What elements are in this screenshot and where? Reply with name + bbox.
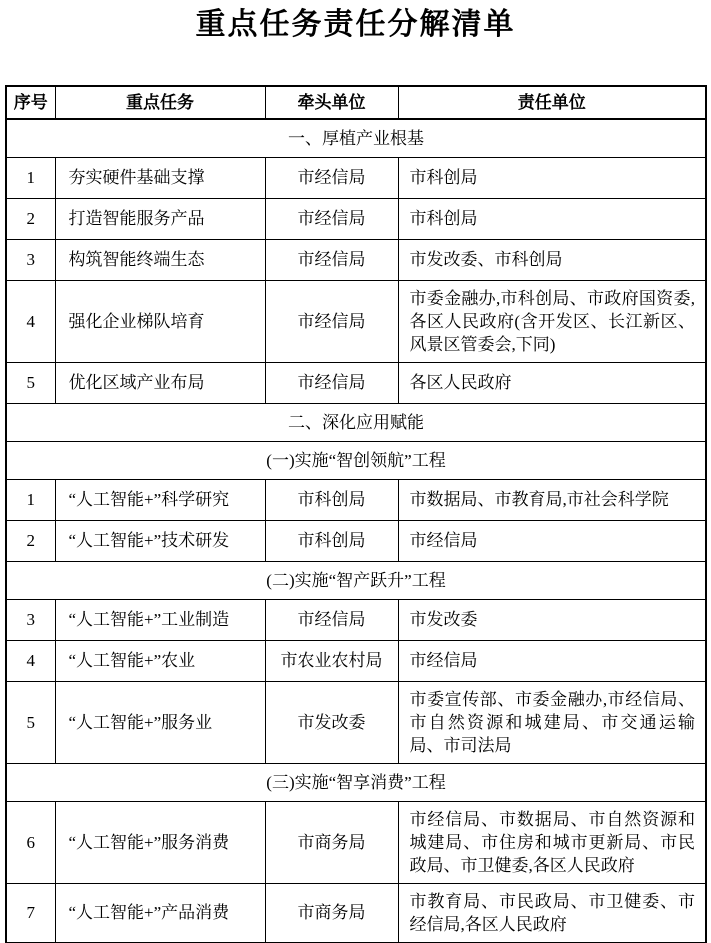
- section-label: (一)实施“智创领航”工程: [6, 441, 706, 479]
- cell-key-task: “人工智能+”技术研发: [55, 520, 265, 561]
- page-title: 重点任务责任分解清单: [0, 0, 711, 44]
- cell-responsible-units: 市经信局: [398, 520, 706, 561]
- cell-lead-unit: 市发改委: [265, 681, 398, 763]
- cell-lead-unit: 市经信局: [265, 280, 398, 362]
- cell-responsible-units: 市经信局、市数据局、市自然资源和城建局、市住房和城市更新局、市民政局、市卫健委,…: [398, 801, 706, 883]
- cell-number: 4: [6, 280, 55, 362]
- document-page: 重点任务责任分解清单 序号 重点任务 牵头单位 责任单位 一、厚植产业根基 1 …: [0, 0, 711, 943]
- cell-lead-unit: 市商务局: [265, 883, 398, 943]
- cell-key-task: 优化区域产业布局: [55, 362, 265, 403]
- cell-lead-unit: 市经信局: [265, 157, 398, 198]
- section-label: (二)实施“智产跃升”工程: [6, 561, 706, 599]
- cell-number: 5: [6, 362, 55, 403]
- table-row: 6 “人工智能+”服务消费 市商务局 市经信局、市数据局、市自然资源和城建局、市…: [6, 801, 706, 883]
- section-label: 二、深化应用赋能: [6, 403, 706, 441]
- section-label: (三)实施“智享消费”工程: [6, 763, 706, 801]
- header-number: 序号: [6, 86, 55, 119]
- cell-key-task: “人工智能+”服务业: [55, 681, 265, 763]
- header-lead-unit: 牵头单位: [265, 86, 398, 119]
- responsibility-table: 序号 重点任务 牵头单位 责任单位 一、厚植产业根基 1 夯实硬件基础支撑 市经…: [5, 85, 707, 943]
- table-row: 3 构筑智能终端生态 市经信局 市发改委、市科创局: [6, 239, 706, 280]
- section-row: (三)实施“智享消费”工程: [6, 763, 706, 801]
- cell-responsible-units: 市科创局: [398, 157, 706, 198]
- cell-key-task: “人工智能+”工业制造: [55, 599, 265, 640]
- cell-lead-unit: 市商务局: [265, 801, 398, 883]
- table-row: 1 夯实硬件基础支撑 市经信局 市科创局: [6, 157, 706, 198]
- section-row: (二)实施“智产跃升”工程: [6, 561, 706, 599]
- section-row: 一、厚植产业根基: [6, 119, 706, 157]
- section-label: 一、厚植产业根基: [6, 119, 706, 157]
- cell-key-task: 打造智能服务产品: [55, 198, 265, 239]
- cell-number: 6: [6, 801, 55, 883]
- table-row: 2 “人工智能+”技术研发 市科创局 市经信局: [6, 520, 706, 561]
- cell-key-task: 构筑智能终端生态: [55, 239, 265, 280]
- cell-key-task: “人工智能+”产品消费: [55, 883, 265, 943]
- cell-responsible-units: 各区人民政府: [398, 362, 706, 403]
- table-row: 4 “人工智能+”农业 市农业农村局 市经信局: [6, 640, 706, 681]
- cell-lead-unit: 市经信局: [265, 599, 398, 640]
- cell-responsible-units: 市科创局: [398, 198, 706, 239]
- cell-number: 2: [6, 520, 55, 561]
- section-row: 二、深化应用赋能: [6, 403, 706, 441]
- cell-lead-unit: 市科创局: [265, 479, 398, 520]
- cell-lead-unit: 市农业农村局: [265, 640, 398, 681]
- table-row: 3 “人工智能+”工业制造 市经信局 市发改委: [6, 599, 706, 640]
- cell-number: 4: [6, 640, 55, 681]
- table-row: 4 强化企业梯队培育 市经信局 市委金融办,市科创局、市政府国资委,各区人民政府…: [6, 280, 706, 362]
- cell-responsible-units: 市数据局、市教育局,市社会科学院: [398, 479, 706, 520]
- cell-lead-unit: 市经信局: [265, 362, 398, 403]
- cell-number: 3: [6, 239, 55, 280]
- cell-responsible-units: 市经信局: [398, 640, 706, 681]
- table-header-row: 序号 重点任务 牵头单位 责任单位: [6, 86, 706, 119]
- cell-key-task: “人工智能+”科学研究: [55, 479, 265, 520]
- cell-lead-unit: 市经信局: [265, 198, 398, 239]
- cell-responsible-units: 市委宣传部、市委金融办,市经信局、市自然资源和城建局、市交通运输局、市司法局: [398, 681, 706, 763]
- cell-number: 3: [6, 599, 55, 640]
- cell-number: 5: [6, 681, 55, 763]
- table-row: 1 “人工智能+”科学研究 市科创局 市数据局、市教育局,市社会科学院: [6, 479, 706, 520]
- table-row: 5 优化区域产业布局 市经信局 各区人民政府: [6, 362, 706, 403]
- cell-lead-unit: 市科创局: [265, 520, 398, 561]
- cell-number: 1: [6, 479, 55, 520]
- header-key-task: 重点任务: [55, 86, 265, 119]
- cell-key-task: “人工智能+”农业: [55, 640, 265, 681]
- cell-number: 7: [6, 883, 55, 943]
- table-row: 2 打造智能服务产品 市经信局 市科创局: [6, 198, 706, 239]
- cell-lead-unit: 市经信局: [265, 239, 398, 280]
- cell-key-task: “人工智能+”服务消费: [55, 801, 265, 883]
- table-row: 5 “人工智能+”服务业 市发改委 市委宣传部、市委金融办,市经信局、市自然资源…: [6, 681, 706, 763]
- cell-responsible-units: 市委金融办,市科创局、市政府国资委,各区人民政府(含开发区、长江新区、风景区管委…: [398, 280, 706, 362]
- cell-responsible-units: 市发改委: [398, 599, 706, 640]
- cell-responsible-units: 市教育局、市民政局、市卫健委、市经信局,各区人民政府: [398, 883, 706, 943]
- cell-responsible-units: 市发改委、市科创局: [398, 239, 706, 280]
- header-responsible-unit: 责任单位: [398, 86, 706, 119]
- cell-key-task: 夯实硬件基础支撑: [55, 157, 265, 198]
- cell-key-task: 强化企业梯队培育: [55, 280, 265, 362]
- section-row: (一)实施“智创领航”工程: [6, 441, 706, 479]
- table-row: 7 “人工智能+”产品消费 市商务局 市教育局、市民政局、市卫健委、市经信局,各…: [6, 883, 706, 943]
- cell-number: 1: [6, 157, 55, 198]
- cell-number: 2: [6, 198, 55, 239]
